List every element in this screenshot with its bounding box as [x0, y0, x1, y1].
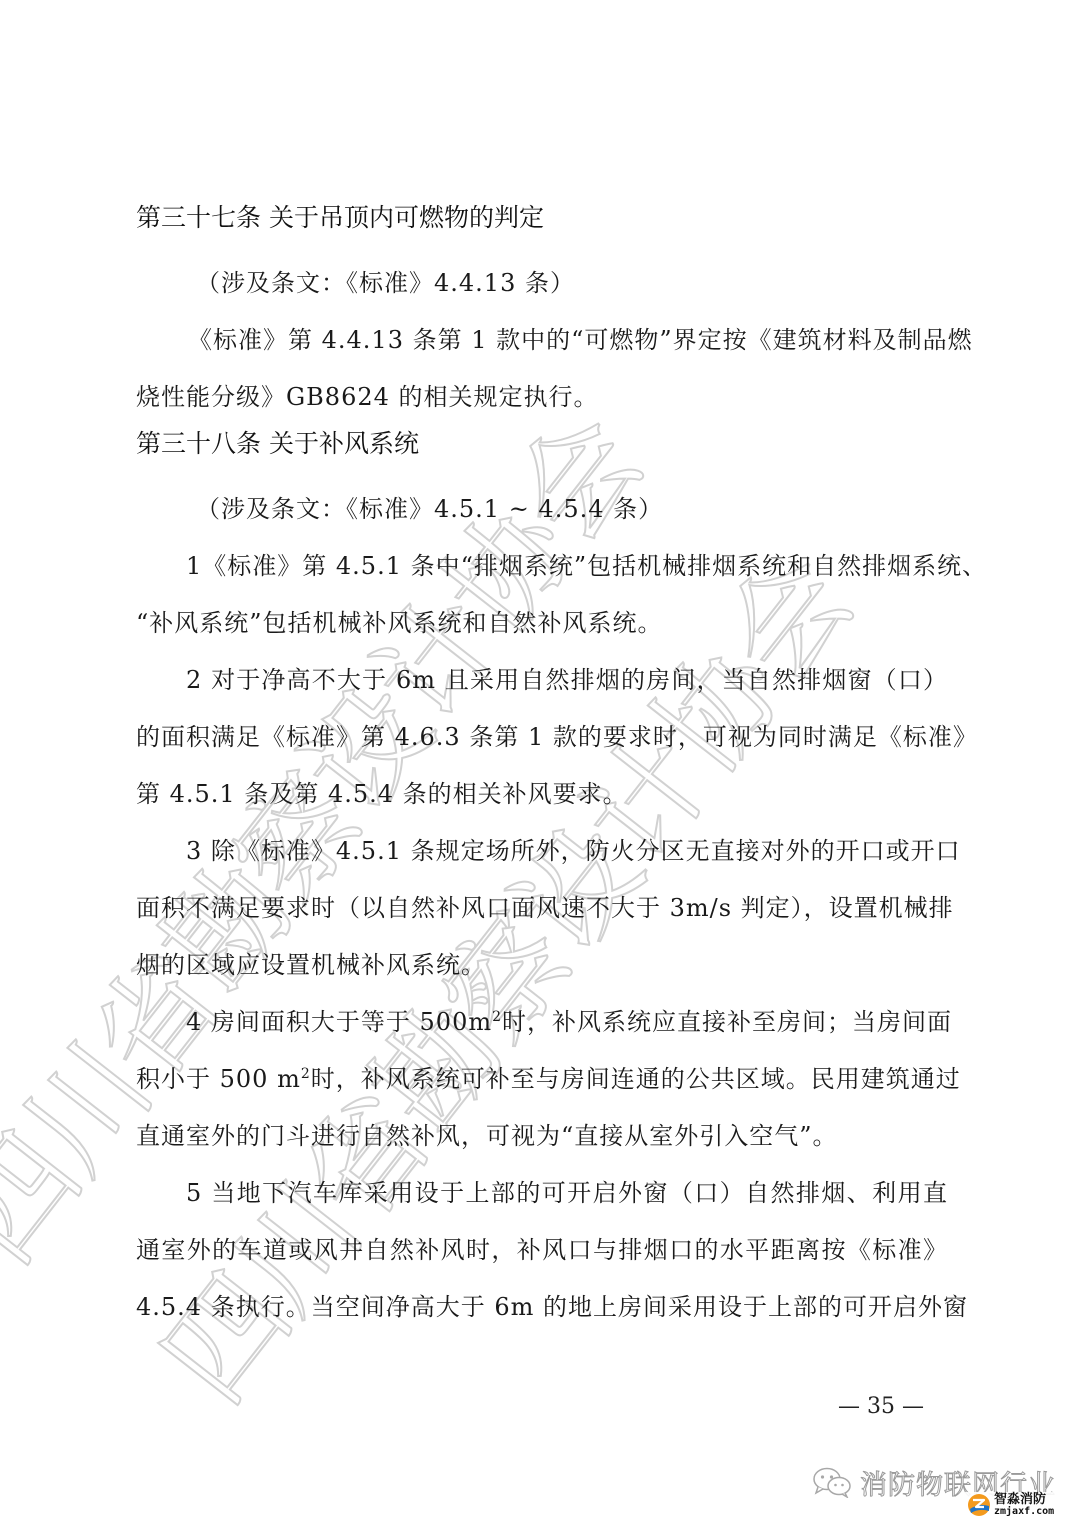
- article-reference: （涉及条文：《标准》4.4.13 条）: [136, 255, 948, 312]
- text-line: 面积不满足要求时（以自然补风口面风速不大于 3m/s 判定），设置机械排: [136, 880, 948, 937]
- text-line: 积小于 500 m2时，补风系统可补至与房间连通的公共区域。民用建筑通过: [136, 1051, 948, 1108]
- paragraph-item-3: 3 除《标准》4.5.1 条规定场所外，防火分区无直接对外的开口或开口 面积不满…: [136, 823, 948, 994]
- text-line: 烧性能分级》GB8624 的相关规定执行。: [136, 369, 948, 426]
- text-line: 3 除《标准》4.5.1 条规定场所外，防火分区无直接对外的开口或开口: [136, 823, 948, 880]
- logo-name: 智淼消防: [994, 1493, 1054, 1506]
- text-line: 直通室外的门斗进行自然补风，可视为“直接从室外引入空气”。: [136, 1108, 948, 1165]
- page-number: — 35 —: [838, 1394, 924, 1419]
- document-page: 四川省勘察设计协会 四川省勘察设计协会 第三十七条 关于吊顶内可燃物的判定 （涉…: [0, 0, 1080, 1527]
- zmjaxf-logo-icon: [967, 1493, 991, 1517]
- wechat-icon: [812, 1466, 852, 1498]
- text-line: 的面积满足《标准》第 4.6.3 条第 1 款的要求时，可视为同时满足《标准》: [136, 709, 948, 766]
- text-line: 第 4.5.1 条及第 4.5.4 条的相关补风要求。: [136, 766, 948, 823]
- logo-url: zmjaxf.com: [994, 1507, 1054, 1517]
- text-line: 1《标准》第 4.5.1 条中“排烟系统”包括机械排烟系统和自然排烟系统、: [136, 538, 948, 595]
- text-line: 4 房间面积大于等于 500m2时，补风系统应直接补至房间；当房间面: [136, 994, 948, 1051]
- text-line: 烟的区域应设置机械补风系统。: [136, 937, 948, 994]
- text-line: 《标准》第 4.4.13 条第 1 款中的“可燃物”界定按《建筑材料及制品燃: [136, 312, 948, 369]
- text-line: 4.5.4 条执行。当空间净高大于 6m 的地上房间采用设于上部的可开启外窗: [136, 1279, 948, 1336]
- article-heading: 第三十八条 关于补风系统: [136, 424, 948, 464]
- paragraph-item-4: 4 房间面积大于等于 500m2时，补风系统应直接补至房间；当房间面 积小于 5…: [136, 994, 948, 1165]
- paragraph: 《标准》第 4.4.13 条第 1 款中的“可燃物”界定按《建筑材料及制品燃 烧…: [136, 312, 948, 426]
- paragraph-item-1: 1《标准》第 4.5.1 条中“排烟系统”包括机械排烟系统和自然排烟系统、 “补…: [136, 538, 948, 652]
- paragraph-item-2: 2 对于净高不大于 6m 且采用自然排烟的房间，当自然排烟窗（口） 的面积满足《…: [136, 652, 948, 823]
- text-line: 2 对于净高不大于 6m 且采用自然排烟的房间，当自然排烟窗（口）: [136, 652, 948, 709]
- text-line: 通室外的车道或风井自然补风时，补风口与排烟口的水平距离按《标准》: [136, 1222, 948, 1279]
- text-line: “补风系统”包括机械补风系统和自然补风系统。: [136, 595, 948, 652]
- paragraph-item-5: 5 当地下汽车库采用设于上部的可开启外窗（口）自然排烟、利用直 通室外的车道或风…: [136, 1165, 948, 1336]
- article-reference: （涉及条文：《标准》4.5.1 ~ 4.5.4 条）: [136, 481, 948, 538]
- document-body: 第三十七条 关于吊顶内可燃物的判定 （涉及条文：《标准》4.4.13 条） 《标…: [136, 198, 948, 1336]
- article-heading: 第三十七条 关于吊顶内可燃物的判定: [136, 198, 948, 238]
- site-logo: 智淼消防 zmjaxf.com: [965, 1492, 1056, 1518]
- text-line: 5 当地下汽车库采用设于上部的可开启外窗（口）自然排烟、利用直: [136, 1165, 948, 1222]
